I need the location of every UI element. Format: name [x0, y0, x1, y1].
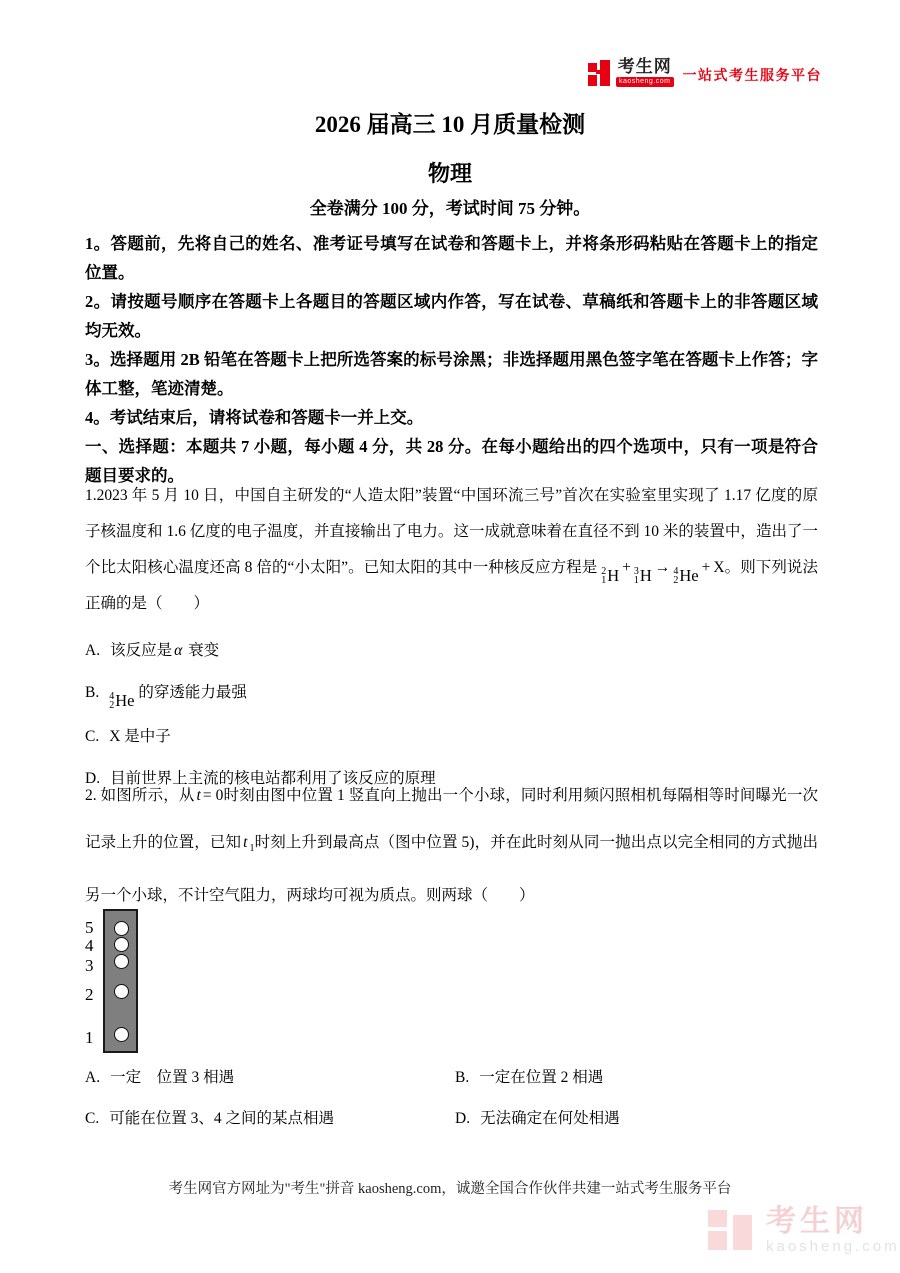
position-label-1: 1 — [85, 1028, 99, 1048]
t-equals-zero: = 0 — [203, 787, 224, 804]
position-label-5: 5 — [85, 918, 99, 938]
nuclide-helium-option: 42He — [109, 692, 134, 710]
watermark-brand-name: 考生网 — [766, 1206, 900, 1238]
nuclide-helium: 42He — [673, 567, 698, 585]
question-2-options: A.一定 位置 3 相遇 B.一定在位置 2 相遇 C.可能在位置 3、4 之间… — [85, 1066, 818, 1131]
footer-note: 考生网官方网址为"考生"拼音 kaosheng.com，诚邀全国合作伙伴共建一站… — [0, 1180, 900, 1198]
question-2: 2. 如图所示，从t= 0时刻由图中位置 1 竖直向上抛出一个小球，同时利用频闪… — [85, 772, 818, 919]
strobe-photo-figure: 5 4 3 2 1 — [85, 903, 215, 1059]
brand-text: 考生网 kaosheng.com — [616, 58, 674, 87]
alpha-symbol: α — [174, 642, 182, 659]
brand-name: 考生网 — [618, 58, 672, 76]
ball-position-3 — [114, 954, 129, 969]
instruction-3: 3。选择题用 2B 铅笔在答题卡上把所选答案的标号涂黑；非选择题用黑色签字笔在答… — [85, 345, 818, 403]
ball-position-1 — [114, 1027, 129, 1042]
ball-position-4 — [114, 937, 129, 952]
nuclide-tritium: 31H — [634, 567, 652, 585]
watermark-text: 考生网 kaosheng.com — [766, 1206, 900, 1255]
position-label-4: 4 — [85, 936, 99, 956]
instruction-2: 2。请按题号顺序在答题卡上各题目的答题区域内作答，写在试卷、草稿纸和答题卡上的非… — [85, 287, 818, 345]
q1-option-b: B.42He 的穿透能力最强 — [85, 678, 818, 710]
ball-position-5 — [114, 921, 129, 936]
kaosheng-logo-icon — [588, 60, 613, 87]
ball-position-2 — [114, 984, 129, 999]
question-1: 1.2023 年 5 月 10 日，中国自主研发的“人造太阳”装置“中国环流三号… — [85, 478, 818, 622]
kaosheng-watermark: 考生网 kaosheng.com — [708, 1206, 900, 1255]
instruction-1: 1。答题前，先将自己的姓名、准考证号填写在试卷和答题卡上，并将条形码粘贴在答题卡… — [85, 229, 818, 287]
brand-tagline: 一站式考生服务平台 — [683, 65, 823, 87]
q2-option-a: A.一定 位置 3 相遇 — [85, 1066, 455, 1090]
unknown-particle-x: X — [713, 559, 724, 576]
page-title: 2026 届高三 10 月质量检测 — [0, 108, 900, 142]
q2-option-d: D.无法确定在何处相遇 — [455, 1107, 818, 1131]
exam-info-line: 全卷满分 100 分，考试时间 75 分钟。 — [0, 197, 900, 221]
q2-option-c: C.可能在位置 3、4 之间的某点相遇 — [85, 1107, 455, 1131]
nuclear-reaction-equation: 21H+31H→42He+X — [601, 559, 724, 576]
q1-option-a: A.该反应是α 衰变 — [85, 636, 818, 666]
time-variable-t1: t — [243, 834, 247, 851]
plus-operator-2: + — [702, 559, 711, 576]
brand-logo: 考生网 kaosheng.com 一站式考生服务平台 — [588, 58, 822, 87]
watermark-logo-icon — [708, 1206, 756, 1252]
watermark-domain: kaosheng.com — [766, 1238, 900, 1255]
photo-strip — [103, 909, 138, 1053]
plus-operator: + — [622, 559, 631, 576]
q1-option-c: C.X 是中子 — [85, 722, 818, 752]
exam-instructions: 1。答题前，先将自己的姓名、准考证号填写在试卷和答题卡上，并将条形码粘贴在答题卡… — [85, 229, 818, 490]
instruction-4: 4。考试结束后，请将试卷和答题卡一并上交。 — [85, 403, 818, 432]
brand-domain-badge: kaosheng.com — [616, 77, 674, 87]
subject-title: 物理 — [0, 158, 900, 190]
arrow-operator: → — [655, 559, 671, 576]
q2-option-b: B.一定在位置 2 相遇 — [455, 1066, 818, 1090]
exam-paper-page: 考生网 kaosheng.com 一站式考生服务平台 2026 届高三 10 月… — [0, 0, 900, 1273]
position-label-2: 2 — [85, 985, 99, 1005]
nuclide-deuterium: 21H — [601, 567, 619, 585]
time-variable-t: t — [197, 787, 201, 804]
position-label-3: 3 — [85, 956, 99, 976]
